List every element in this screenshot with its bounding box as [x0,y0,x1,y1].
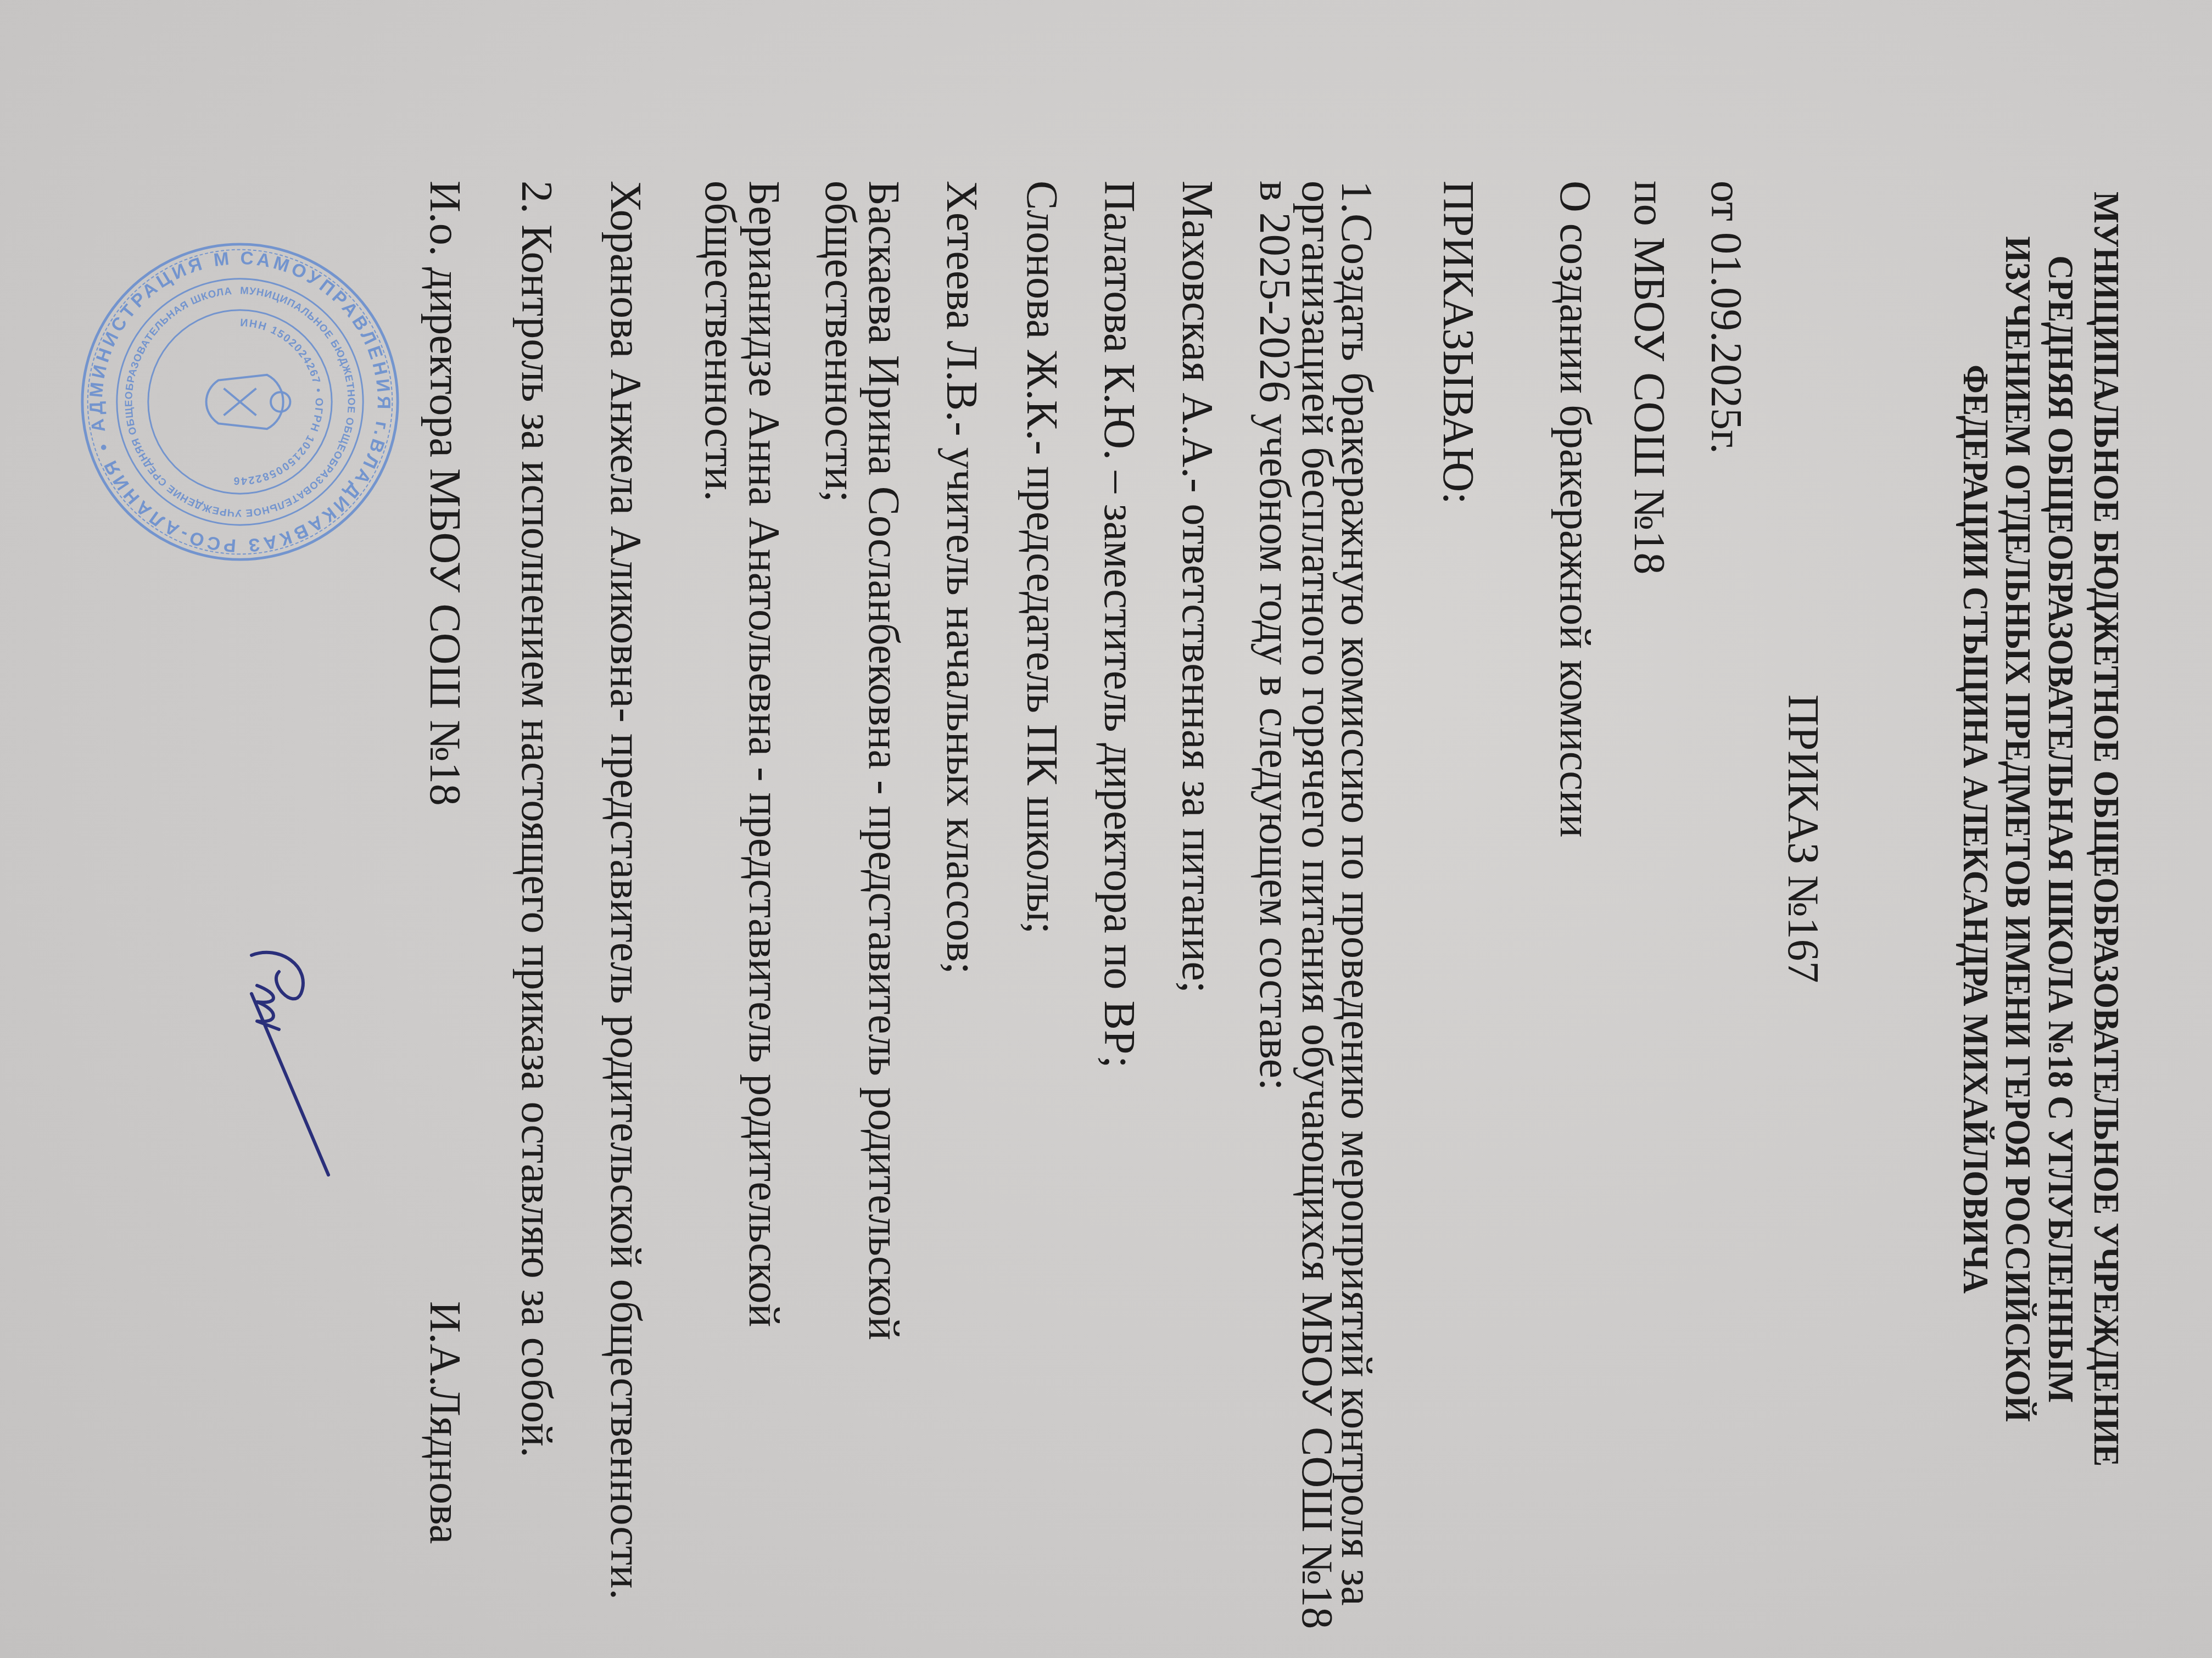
official-seal-icon: САМОУПРАВЛЕНИЯ г.ВЛАДИКАВКАЗ РСО-АЛАНИЯ … [78,240,402,564]
member-baskaeva-line-2: общественности; [818,181,862,502]
member-berianidze-line-1: Берианидзе Анна Анатольевна - представит… [742,181,786,1327]
coat-of-arms-icon [206,375,291,429]
svg-text:ИНН 1502024267 • ОГРН 10215005: ИНН 1502024267 • ОГРН 1021500582246 [232,317,325,487]
order-organization: по МБОУ СОШ №18 [1627,181,1671,574]
directive-heading: ПРИКАЗЫВАЮ: [1436,181,1480,505]
item1-line-3: в 2025-2026 учебном году в следующем сос… [1253,181,1297,1090]
signatory-name: И.А.Ляднова [423,1301,467,1544]
member-kheteeva: Хетеева Л.В.- учитель начальных классов; [940,181,984,974]
item2-control: 2. Контроль за исполнением настоящего пр… [515,181,558,1458]
org-header-line-3: ИЗУЧЕНИЕМ ОТДЕЛЬНЫХ ПРЕДМЕТОВ ИМЕНИ ГЕРО… [1999,58,2036,1600]
member-slonova: Слонова Ж.К.- председатель ПК школы; [1020,181,1064,934]
order-title: ПРИКАЗ №167 [1781,694,1825,983]
order-subject: О создании бракеражной комиссии [1553,181,1597,837]
item1-line-1: 1.Создать бракеражную комиссию по провед… [1334,181,1378,1606]
seal-inner-text: ИНН 1502024267 • ОГРН 1021500582246 [232,317,325,487]
handwritten-signature-icon [197,933,361,1186]
org-header-line-2: СРЕДНЯЯ ОБЩЕОБРАЗОВАТЕЛЬНАЯ ШКОЛА №18 С … [2042,58,2079,1600]
order-document: МУНИЦИПАЛЬНОЕ БЮДЖЕТНОЕ ОБЩЕОБРАЗОВАТЕЛЬ… [0,0,2212,1658]
org-header-line-1: МУНИЦИПАЛЬНОЕ БЮДЖЕТНОЕ ОБЩЕОБРАЗОВАТЕЛЬ… [2088,58,2124,1600]
order-date: от 01.09.2025г. [1704,181,1748,454]
org-header-line-4: ФЕДЕРАЦИИ СТЫЦИНА АЛЕКСАНДРА МИХАЙЛОВИЧА [1957,58,1993,1600]
member-palatova: Палатова К.Ю. – заместитель директора по… [1097,181,1141,1068]
member-baskaeva-line-1: Баскаева Ирина Сосланбековна - представи… [862,181,906,1340]
signatory-position: И.о. директора МБОУ СОШ №18 [423,181,467,806]
member-berianidze-line-2: общественности. [698,181,742,501]
item1-line-2: организацией бесплатного горячего питани… [1295,181,1339,1629]
member-khoranova: Хоранова Анжела Аликовна- представитель … [604,181,647,1600]
member-makhovskaya: Маховская А.А.- ответственная за питание… [1175,181,1219,993]
